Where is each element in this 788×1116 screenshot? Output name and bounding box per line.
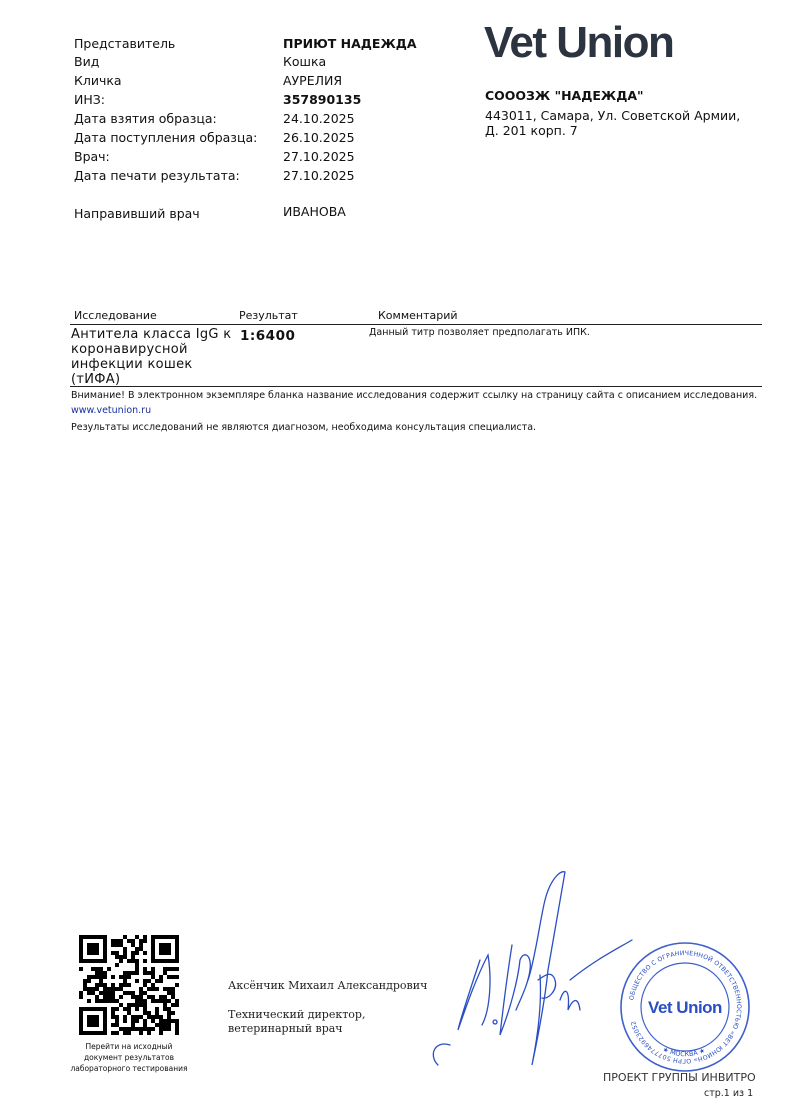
value-referring-doctor: ИВАНОВА bbox=[283, 202, 346, 221]
label-species: Вид bbox=[74, 52, 99, 71]
label-doctor: Врач: bbox=[74, 147, 110, 166]
value-representative: ПРИЮТ НАДЕЖДА bbox=[283, 34, 417, 53]
label-representative: Представитель bbox=[74, 34, 175, 53]
header-divider bbox=[70, 324, 762, 325]
label-print-date: Дата печати результата: bbox=[74, 166, 240, 185]
org-address: 443011, Самара, Ул. Советской Армии, Д. … bbox=[485, 108, 755, 138]
label-sample-received: Дата поступления образца: bbox=[74, 128, 257, 147]
disclaimer-note: Результаты исследований не являются диаг… bbox=[71, 422, 536, 433]
vet-union-logo: Vet Union bbox=[484, 18, 673, 68]
signature-icon bbox=[420, 860, 640, 1080]
org-name: СОООЗЖ "НАДЕЖДА" bbox=[485, 88, 644, 103]
label-sample-taken: Дата взятия образца: bbox=[74, 109, 217, 128]
study-name[interactable]: Антитела класса IgG к коронавирусной инф… bbox=[71, 327, 236, 387]
signer-name: Аксёнчик Михаил Александрович bbox=[228, 978, 427, 993]
value-sample-received: 26.10.2025 bbox=[283, 128, 355, 147]
warning-note: Внимание! В электронном экземпляре бланк… bbox=[71, 390, 757, 401]
result-comment: Данный титр позволяет предполагать ИПК. bbox=[369, 327, 590, 338]
label-nickname: Кличка bbox=[74, 71, 122, 90]
value-nickname: АУРЕЛИЯ bbox=[283, 71, 342, 90]
label-inz: ИНЗ: bbox=[74, 90, 105, 109]
company-stamp: ОБЩЕСТВО С ОГРАНИЧЕННОЙ ОТВЕТСТВЕННОСТЬЮ… bbox=[618, 940, 752, 1074]
label-referring-doctor: Направивший врач bbox=[74, 204, 200, 223]
value-inz: 357890135 bbox=[283, 90, 361, 109]
svg-text:Vet Union: Vet Union bbox=[648, 998, 722, 1017]
signer-title-line1: Технический директор, bbox=[228, 1007, 365, 1022]
header-study: Исследование bbox=[74, 309, 157, 322]
value-species: Кошка bbox=[283, 52, 326, 71]
result-value: 1:6400 bbox=[240, 328, 295, 344]
project-label: ПРОЕКТ ГРУППЫ ИНВИТРО bbox=[603, 1071, 756, 1084]
website-link[interactable]: www.vetunion.ru bbox=[71, 405, 151, 416]
table-bottom-divider bbox=[70, 386, 762, 387]
header-comment: Комментарий bbox=[378, 309, 458, 322]
signer-title-line2: ветеринарный врач bbox=[228, 1021, 343, 1036]
value-sample-taken: 24.10.2025 bbox=[283, 109, 355, 128]
value-print-date: 27.10.2025 bbox=[283, 166, 355, 185]
page-number: стр.1 из 1 bbox=[704, 1088, 753, 1099]
qr-code[interactable] bbox=[78, 935, 180, 1035]
qr-caption: Перейти на исходный документ результатов… bbox=[66, 1041, 192, 1074]
header-result: Результат bbox=[239, 309, 298, 322]
value-doctor: 27.10.2025 bbox=[283, 147, 355, 166]
